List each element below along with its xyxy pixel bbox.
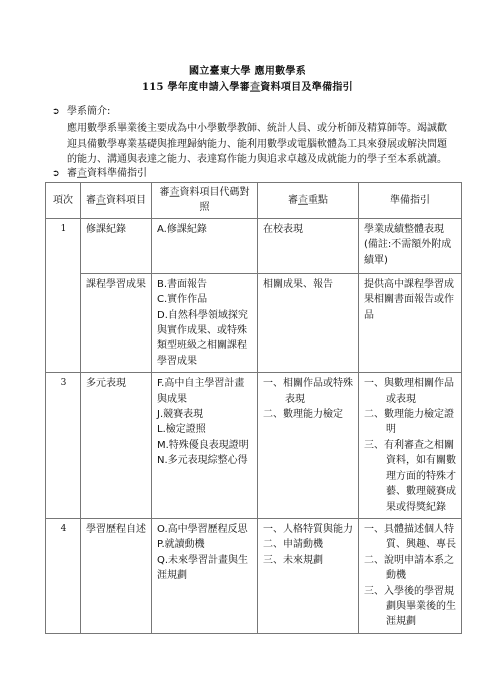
row-codes: O.高中學習歷程反思 P.就讀動機 Q.未來學習計畫與生涯規劃	[152, 518, 258, 633]
row-focus: 一、人格特質與能力 二、申請動機 三、未來規劃	[258, 518, 359, 633]
title-text-post: 資料項目及準備指引	[260, 82, 353, 93]
title-text-pre: 115 學年度申請入學審	[142, 82, 250, 93]
row-index: 3	[46, 373, 81, 519]
document-title-line2: 115 學年度申請入學審查資料項目及準備指引	[0, 78, 495, 93]
review-guide-table: 項次 審查資料項目 審查資料項目代碼對照 審查重點 準備指引 1 修課紀錄 A.…	[45, 182, 462, 634]
guide-heading-pre: 審	[67, 168, 77, 179]
row-item: 修課紀錄	[81, 218, 152, 273]
row-guide: 一、具體描述個人特質、興趣、專長 二、說明申請本系之動機 三、入學後的學習規劃與…	[359, 518, 462, 633]
table-row: 課程學習成果 B.書面報告 C.實作作品 D.自然科學領域探究與實作成果、或特殊…	[46, 273, 462, 372]
header-item: 審查資料項目	[81, 183, 152, 219]
header-guide: 準備指引	[359, 183, 462, 219]
header-index: 項次	[46, 183, 81, 219]
table-row: 4 學習歷程自述 O.高中學習歷程反思 P.就讀動機 Q.未來學習計畫與生涯規劃…	[46, 518, 462, 633]
row-codes: A.修課紀錄	[152, 218, 258, 273]
row-codes: F.高中自主學習計畫與成果 J.競賽表現 L.檢定證照 M.特殊優良表現證明 N…	[152, 373, 258, 519]
title-text-underlined: 查	[250, 82, 260, 93]
row-focus: 在校表現	[258, 218, 359, 273]
row-guide: 提供高中課程學習成果相關書面報告或作品	[359, 273, 462, 372]
arrow-bullet-icon: ➲	[52, 167, 67, 183]
guide-heading: ➲審查資料準備指引	[52, 166, 147, 183]
header-code: 審查資料項目代碼對照	[152, 183, 258, 219]
row-guide: 一、與數理相關作品或表現 二、數理能力檢定證明 三、有利審查之相關資料，如有關數…	[359, 373, 462, 519]
table-row: 3 多元表現 F.高中自主學習計畫與成果 J.競賽表現 L.檢定證照 M.特殊優…	[46, 373, 462, 519]
row-item: 多元表現	[81, 373, 152, 519]
table-header-row: 項次 審查資料項目 審查資料項目代碼對照 審查重點 準備指引	[46, 183, 462, 219]
guide-heading-post: 資料準備指引	[87, 168, 147, 179]
intro-heading-label: 學系簡介:	[67, 106, 110, 117]
row-guide: 學業成績整體表現(備註:不需額外附成績單)	[359, 218, 462, 273]
table-row: 1 修課紀錄 A.修課紀錄 在校表現 學業成績整體表現(備註:不需額外附成績單)	[46, 218, 462, 273]
row-item: 課程學習成果	[81, 273, 152, 372]
guide-heading-underlined: 查	[77, 168, 87, 179]
row-focus: 相關成果、報告	[258, 273, 359, 372]
intro-paragraph: 應用數學系畢業後主要成為中小學數學教師、統計人員、或分析師及精算師等。竭誠歡迎具…	[67, 121, 452, 168]
intro-heading: ➲學系簡介:	[52, 104, 110, 121]
row-index: 4	[46, 518, 81, 633]
document-title-line1: 國立臺東大學 應用數學系	[0, 62, 495, 77]
arrow-bullet-icon: ➲	[52, 105, 67, 121]
row-item: 學習歷程自述	[81, 518, 152, 633]
row-focus: 一、相關作品或特殊表現 二、數理能力檢定	[258, 373, 359, 519]
header-focus: 審查重點	[258, 183, 359, 219]
row-index: 1	[46, 218, 81, 372]
row-codes: B.書面報告 C.實作作品 D.自然科學領域探究與實作成果、或特殊類型班級之相關…	[152, 273, 258, 372]
